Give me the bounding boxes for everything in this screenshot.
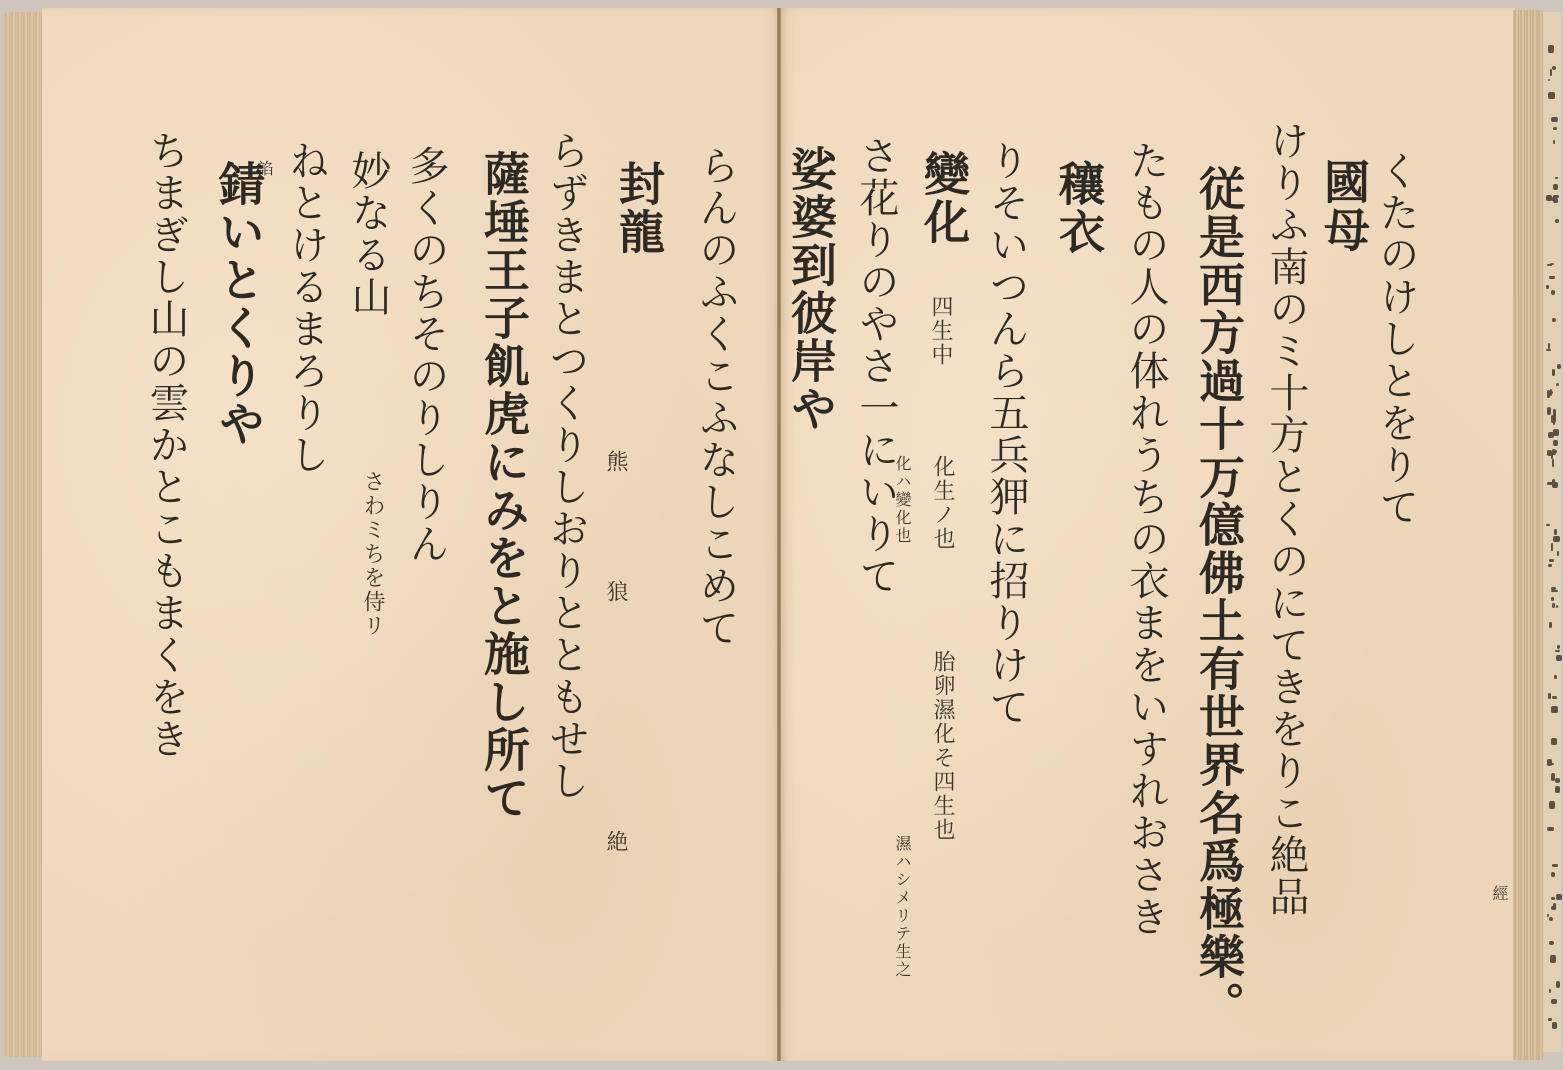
ink-speck — [1549, 276, 1555, 279]
text-column: りそいつんら五兵狎に招りけて — [986, 140, 1026, 728]
ink-speck — [1551, 872, 1555, 877]
ink-speck — [1549, 989, 1551, 993]
ink-speck — [1551, 597, 1554, 600]
ink-speck — [1555, 450, 1557, 453]
text-column: さ花りのやさ一にいりて — [856, 135, 896, 597]
ink-speck — [1547, 759, 1552, 767]
ink-speck — [1546, 285, 1549, 289]
annotation: 絶 — [604, 830, 626, 854]
ink-speck — [1547, 390, 1551, 398]
ink-speck — [1549, 941, 1554, 945]
text-column: くたのけしとをりて — [1376, 150, 1416, 528]
ink-speck — [1555, 177, 1558, 179]
heading-kanji: 錆いとくりや — [216, 160, 262, 448]
ink-speck — [1556, 383, 1559, 386]
heading-kanji: 變化 — [921, 150, 967, 246]
ink-speck — [1553, 422, 1555, 425]
ink-speck — [1549, 801, 1555, 809]
ink-speck — [1552, 482, 1558, 488]
ink-speck — [1548, 1018, 1552, 1021]
annotation: 熊 — [604, 450, 626, 474]
ink-speck — [1552, 66, 1556, 70]
heading-kanji: 娑婆到彼岸や — [788, 145, 834, 433]
annotation: 濕ハシメリテ生之 — [894, 835, 910, 979]
text-column: らずきまとつくりしおりとともせし — [546, 130, 586, 802]
left-page-edges — [4, 12, 44, 1057]
text-column: ちまぎし山の雲かとこもまくをき — [146, 130, 186, 760]
ink-speck — [1553, 903, 1556, 910]
ink-speck — [1549, 917, 1553, 920]
ink-speck — [1551, 706, 1558, 713]
ink-speck — [1551, 590, 1558, 593]
book-gutter — [777, 8, 781, 1061]
ink-speck — [1556, 655, 1562, 661]
ink-speck — [1550, 69, 1552, 75]
ink-speck — [1552, 864, 1558, 867]
ink-speck — [1548, 693, 1551, 699]
text-column: けりふ南のミ十方とくのにてきをりこ絶品 — [1266, 120, 1306, 918]
ink-speck — [1552, 696, 1556, 699]
ink-speck — [1554, 675, 1557, 679]
ink-speck — [1553, 429, 1559, 436]
heading-kanji: 穰衣 — [1056, 160, 1102, 256]
ink-speck — [1551, 117, 1558, 122]
annotation: 狼 — [604, 580, 626, 604]
ink-speck — [1552, 603, 1555, 607]
ink-speck — [1549, 559, 1554, 562]
right-page-edges — [1513, 10, 1543, 1060]
ink-speck — [1553, 440, 1559, 446]
ink-speck — [1546, 349, 1551, 351]
text-column: たもの人の体れうちの衣まをいすれおさき — [1126, 140, 1166, 938]
ink-speck — [1553, 184, 1558, 190]
ink-speck — [1553, 409, 1556, 417]
ink-speck — [1553, 140, 1555, 144]
ink-speck — [1555, 650, 1560, 652]
text-column: ねとけるまろりし — [286, 140, 326, 476]
annotation: 胎卵濕化そ四生也 — [931, 650, 953, 842]
ink-speck — [1547, 914, 1549, 916]
ink-speck — [1547, 407, 1551, 415]
text-column: 多くのちそのりしりん — [406, 145, 446, 565]
scripture-quote: 従是西方過十万億佛土有世界名爲極樂。 — [1196, 165, 1242, 1029]
ink-speck — [1550, 955, 1556, 963]
ink-speck — [1546, 524, 1550, 526]
ink-speck — [1555, 778, 1560, 783]
ink-speck — [1551, 999, 1557, 1003]
ink-speck — [1556, 894, 1562, 900]
heading-kanji: 薩埵王子飢虎にみをと施し所て — [481, 150, 527, 822]
annotation: 經 — [1491, 885, 1507, 903]
ink-speck — [1552, 459, 1555, 466]
text-column: らんのふくこふなしこめて — [696, 145, 736, 649]
annotation: 化生ノ也 — [931, 455, 953, 551]
ink-speck — [1551, 453, 1553, 460]
ink-speck — [1551, 738, 1557, 745]
ink-speck — [1552, 1022, 1557, 1029]
ink-speck — [1556, 605, 1558, 608]
ink-speck — [1555, 786, 1560, 793]
ink-speck — [1552, 318, 1556, 321]
ink-speck — [1553, 536, 1560, 542]
ink-speck — [1552, 369, 1555, 376]
ink-speck — [1549, 622, 1552, 628]
annotation: 四生中 — [929, 295, 951, 367]
heading-kanji: 封龍 — [616, 160, 662, 256]
heading-kanji: 國母 — [1321, 158, 1367, 254]
ink-speck — [1548, 343, 1550, 349]
ink-speck — [1548, 79, 1550, 81]
ink-speck — [1548, 45, 1554, 53]
ink-speck — [1553, 127, 1557, 130]
ink-speck — [1555, 219, 1559, 224]
ink-speck — [1557, 645, 1561, 649]
ink-speck — [1551, 897, 1555, 900]
text-column: 妙なる山 — [348, 150, 388, 318]
ink-speck — [1548, 564, 1552, 566]
ink-speck — [1547, 827, 1553, 831]
annotation: さわミちを侍リ — [361, 470, 383, 638]
ink-speck — [1557, 364, 1561, 369]
ink-speck — [1557, 551, 1559, 555]
ink-speck — [1556, 981, 1560, 989]
ink-speck — [1551, 543, 1553, 550]
ink-speck — [1554, 529, 1557, 535]
ink-speck — [1550, 263, 1554, 265]
ink-speck — [1551, 290, 1555, 295]
fore-edge-with-ink-marks — [1543, 12, 1561, 1052]
ink-speck — [1551, 773, 1555, 781]
